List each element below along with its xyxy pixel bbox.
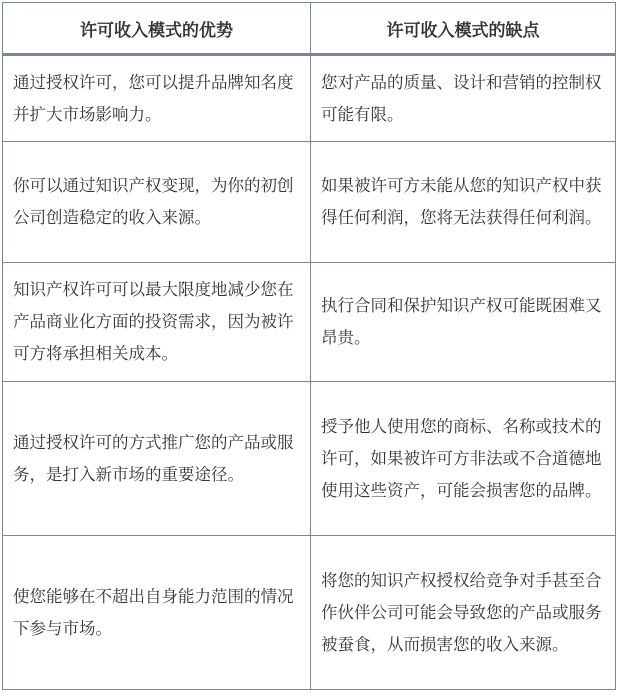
advantage-cell: 使您能够在不超出自身能力范围的情况下参与市场。 (3, 536, 311, 690)
disadvantage-cell: 您对产品的质量、设计和营销的控制权可能有限。 (311, 55, 616, 142)
table-row: 通过授权许可的方式推广您的产品或服务，是打入新市场的重要途径。 授予他人使用您的… (3, 382, 616, 536)
table-row: 你可以通过知识产权变现，为你的初创公司创造稳定的收入来源。 如果被许可方未能从您… (3, 142, 616, 263)
licensing-pros-cons-table: 许可收入模式的优势 许可收入模式的缺点 通过授权许可，您可以提升品牌知名度并扩大… (2, 2, 616, 690)
advantage-cell: 知识产权许可可以最大限度地减少您在产品商业化方面的投资需求，因为被许可方将承担相… (3, 263, 311, 382)
disadvantage-cell: 授予他人使用您的商标、名称或技术的许可，如果被许可方非法或不合道德地使用这些资产… (311, 382, 616, 536)
table-row: 知识产权许可可以最大限度地减少您在产品商业化方面的投资需求，因为被许可方将承担相… (3, 263, 616, 382)
disadvantage-cell: 执行合同和保护知识产权可能既困难又昂贵。 (311, 263, 616, 382)
advantage-cell: 通过授权许可，您可以提升品牌知名度并扩大市场影响力。 (3, 55, 311, 142)
disadvantage-cell: 将您的知识产权授权给竞争对手甚至合作伙伴公司可能会导致您的产品或服务被蚕食，从而… (311, 536, 616, 690)
table-header-row: 许可收入模式的优势 许可收入模式的缺点 (3, 3, 616, 55)
pros-cons-table-container: 许可收入模式的优势 许可收入模式的缺点 通过授权许可，您可以提升品牌知名度并扩大… (2, 2, 616, 690)
advantage-cell: 你可以通过知识产权变现，为你的初创公司创造稳定的收入来源。 (3, 142, 311, 263)
disadvantage-cell: 如果被许可方未能从您的知识产权中获得任何利润，您将无法获得任何利润。 (311, 142, 616, 263)
advantage-cell: 通过授权许可的方式推广您的产品或服务，是打入新市场的重要途径。 (3, 382, 311, 536)
table-row: 使您能够在不超出自身能力范围的情况下参与市场。 将您的知识产权授权给竞争对手甚至… (3, 536, 616, 690)
table-row: 通过授权许可，您可以提升品牌知名度并扩大市场影响力。 您对产品的质量、设计和营销… (3, 55, 616, 142)
header-disadvantages: 许可收入模式的缺点 (311, 3, 616, 55)
header-advantages: 许可收入模式的优势 (3, 3, 311, 55)
